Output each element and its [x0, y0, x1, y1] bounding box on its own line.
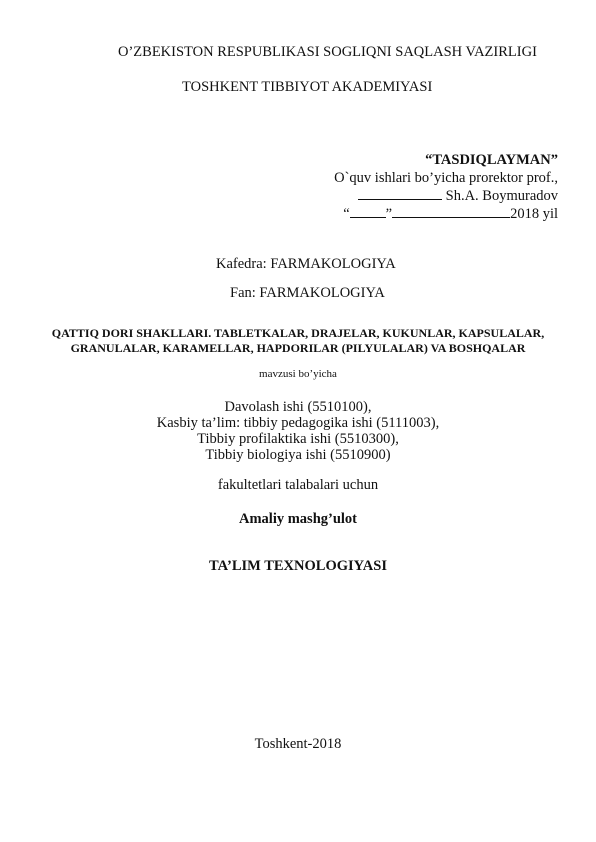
day-blank: [350, 216, 386, 218]
topic-subtitle: mavzusi bo’yicha: [0, 368, 596, 380]
topic-line-2: GRANULALAR, KARAMELLAR, HAPDORILAR (PILY…: [0, 341, 596, 356]
faculty-item: Davolash ishi (5510100),: [0, 399, 596, 416]
approval-signatory-line: Sh.A. Boymuradov: [358, 188, 558, 205]
faculty-item: Tibbiy biologiya ishi (5510900): [0, 447, 596, 464]
topic-line-1: QATTIQ DORI SHAKLLARI. TABLETKALAR, DRAJ…: [0, 326, 596, 341]
signatory-name: Sh.A. Boymuradov: [446, 188, 558, 204]
footer-place-year: Toshkent-2018: [0, 736, 596, 753]
approval-position: O`quv ishlari bo’yicha prorektor prof.,: [334, 170, 558, 187]
signature-blank: [358, 198, 442, 200]
academy-heading: TOSHKENT TIBBIYOT AKADEMIYASI: [182, 79, 432, 96]
document-title: TA’LIM TEXNOLOGIYASI: [0, 558, 596, 575]
approval-year: 2018 yil: [510, 206, 558, 222]
month-blank: [392, 216, 510, 218]
faculty-item: Tibbiy profilaktika ishi (5510300),: [0, 431, 596, 448]
fan-label: Fan: FARMAKOLOGIYA: [230, 285, 385, 302]
ministry-heading: O’ZBEKISTON RESPUBLIKASI SOGLIQNI SAQLAS…: [118, 44, 537, 61]
kafedra-label: Kafedra: FARMAKOLOGIYA: [216, 256, 396, 273]
approval-date-line: “”2018 yil: [343, 206, 558, 223]
approval-title: “TASDIQLAYMAN”: [425, 152, 558, 169]
faculty-item: Kasbiy ta’lim: tibbiy pedagogika ishi (5…: [0, 415, 596, 432]
lesson-type: Amaliy mashg’ulot: [0, 511, 596, 528]
audience-text: fakultetlari talabalari uchun: [0, 477, 596, 494]
